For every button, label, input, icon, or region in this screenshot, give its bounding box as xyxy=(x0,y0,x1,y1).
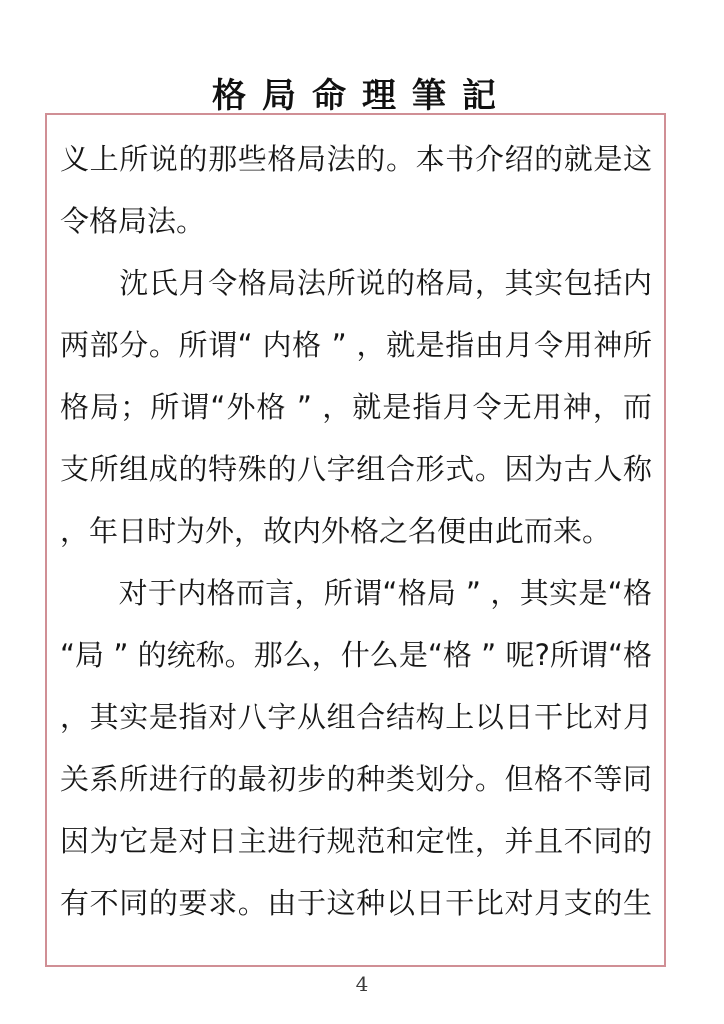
text-line: 令格局法。 xyxy=(60,190,652,252)
text-line: 关系所进行的最初步的种类划分。但格不等同于种类， xyxy=(60,748,652,810)
page-title: 格局命理筆記 xyxy=(0,68,724,117)
text-line: 对于内格而言，所谓“格局 ” ，其实是“格 ” 和 xyxy=(60,562,652,624)
text-line: 有不同的要求。由于这种以日干比对月支的生克关系所 xyxy=(60,872,652,934)
text-line: 义上所说的那些格局法的。本书介绍的就是这种沈氏月 xyxy=(60,128,652,190)
text-line: 因为它是对日主进行规范和定性，并且不同的格对组局 xyxy=(60,810,652,872)
text-line: ，年日时为外，故内外格之名便由此而来。 xyxy=(60,500,652,562)
text-line: ，其实是指对八字从组合结构上以日干比对月支的生克 xyxy=(60,686,652,748)
text-line: 沈氏月令格局法所说的格局，其实包括内格和外格 xyxy=(60,252,652,314)
text-line: 支所组成的特殊的八字组合形式。因为古人称月令为内 xyxy=(60,438,652,500)
text-frame: 义上所说的那些格局法的。本书介绍的就是这种沈氏月 令格局法。 沈氏月令格局法所说… xyxy=(45,113,666,967)
text-line: 格局；所谓“外格 ” ，就是指月令无用神，而由其它干 xyxy=(60,376,652,438)
text-line: 两部分。所谓“ 内格 ” ，就是指由月令用神所组成的 xyxy=(60,314,652,376)
page-number: 4 xyxy=(0,972,724,996)
text-line: “局 ” 的统称。那么，什么是“格 ” 呢?所谓“格 ” xyxy=(60,624,652,686)
